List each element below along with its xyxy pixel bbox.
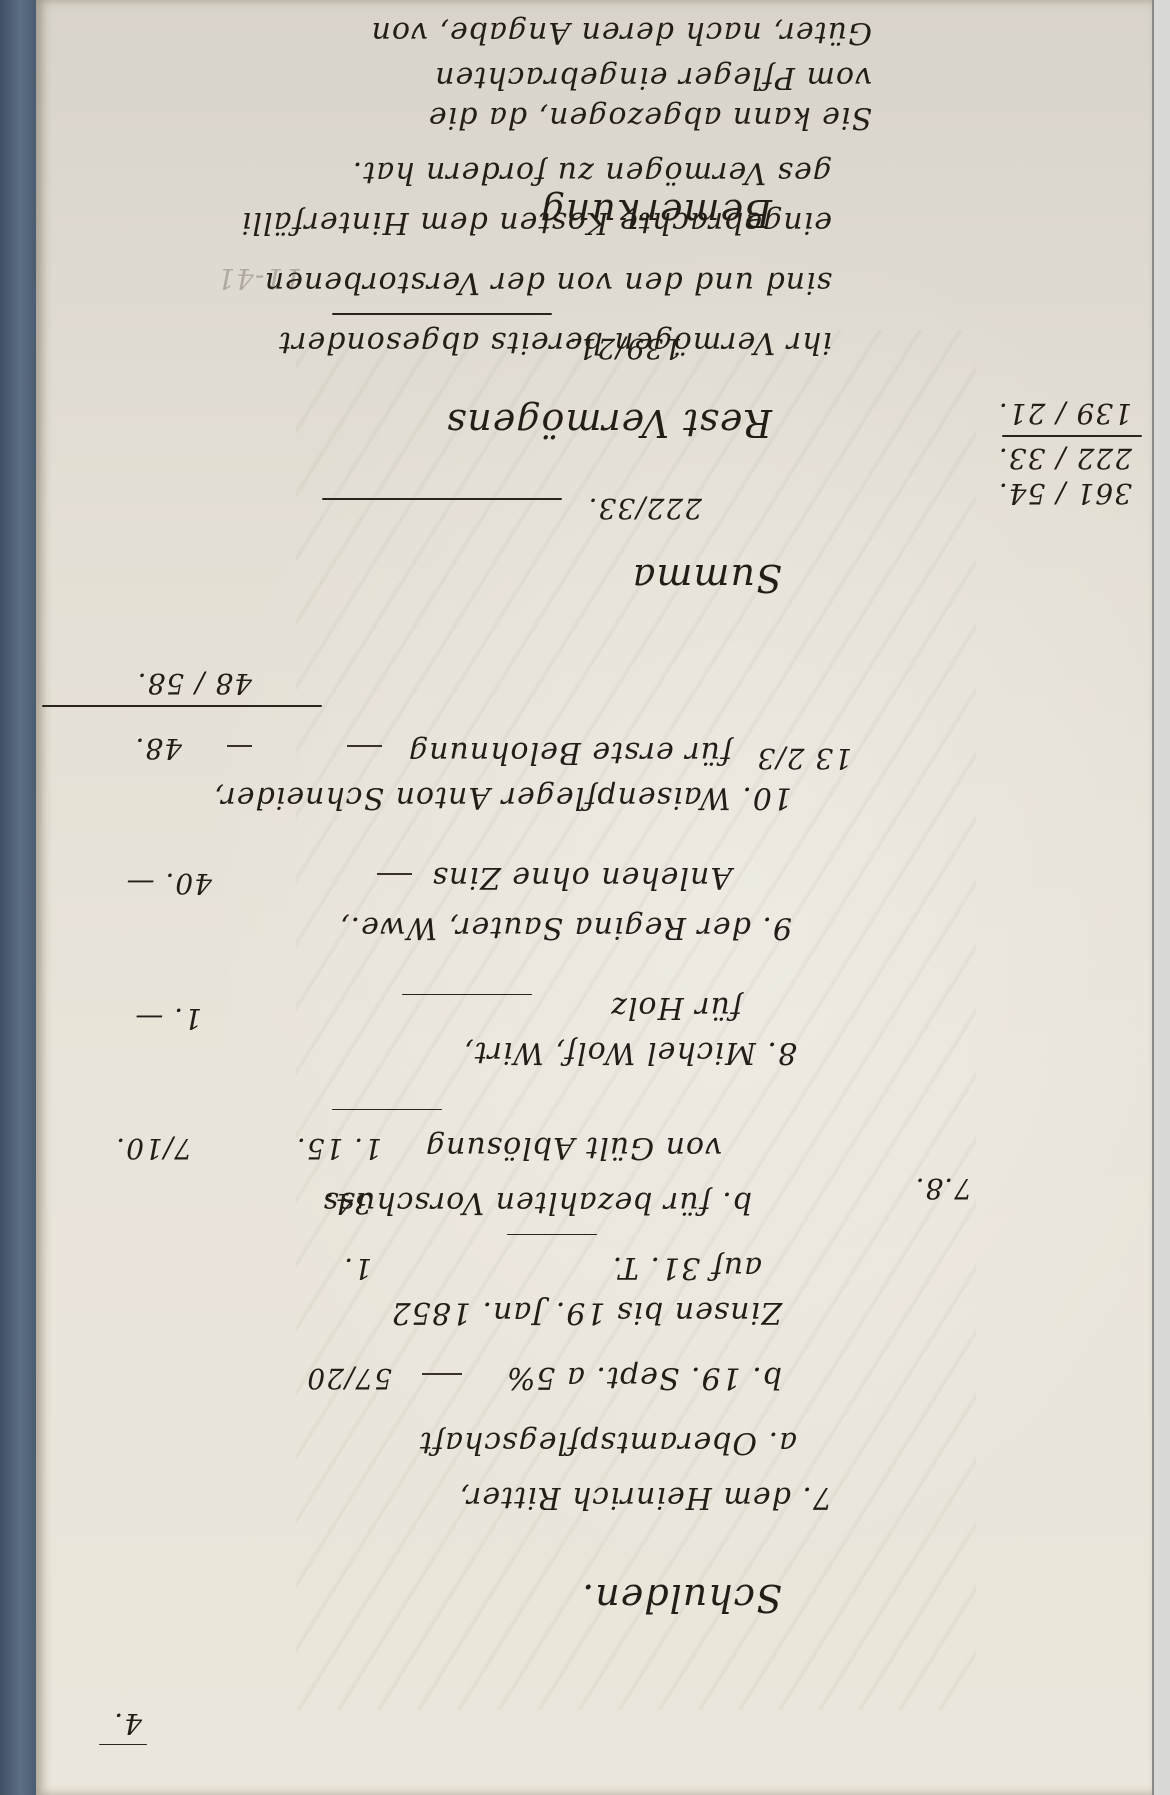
dash bbox=[347, 745, 382, 747]
entry-text: dem Heinrich Ritter, bbox=[459, 1480, 791, 1515]
entry-7-total: 7/10. bbox=[115, 1132, 192, 1165]
remark-line-5: sind und den von der Verstorbenen bbox=[264, 265, 832, 300]
entry-7-margin-note: 7.8. bbox=[915, 1172, 972, 1205]
entry-10-total: 48. bbox=[134, 732, 182, 765]
column-total-rule bbox=[42, 705, 322, 707]
entry-8-line-2: für Holz bbox=[610, 990, 742, 1025]
entry-7-line-2: a. Oberamtspflegschaft bbox=[419, 1425, 797, 1460]
entry-10-line-1: 10. Waisenpfleger Anton Schneider, bbox=[213, 780, 792, 815]
entry-7-line-3: b. 19. Sept. a 5% bbox=[506, 1360, 782, 1395]
remark-line-7: ges Vermögen zu fordern hat. bbox=[352, 155, 832, 190]
summa-label: Summa bbox=[632, 556, 782, 600]
page-number-overline bbox=[99, 1744, 147, 1745]
debts-heading: Schulden. bbox=[581, 1576, 782, 1620]
adjacent-page-edge bbox=[1152, 0, 1170, 1795]
entry-9-line-2: Anlehen ohne Zins bbox=[432, 860, 732, 895]
entry-text: der Regina Sauter, Wwe., bbox=[339, 910, 751, 945]
entry-7-amount-c: 34. bbox=[324, 1187, 372, 1220]
ledger-page: 4. Schulden. 7. dem Heinrich Ritter, a. … bbox=[36, 0, 1152, 1795]
entry-7-line-7: von Gült Ablösung bbox=[425, 1130, 722, 1165]
entry-7-amount-d: 1. 15. bbox=[296, 1132, 382, 1165]
calc-line-2: 222 / 33. bbox=[998, 442, 1132, 475]
entry-text: Waisenpfleger Anton Schneider, bbox=[213, 780, 731, 815]
entry-8-rule bbox=[402, 994, 532, 995]
entry-10-line-2: für erste Belohnung bbox=[408, 735, 732, 770]
dash bbox=[422, 1373, 462, 1375]
entry-7-line-5: auf 31. T. bbox=[612, 1250, 762, 1285]
summa-value: 222/33. bbox=[588, 492, 702, 525]
remark-line-4: ihr Vermögen bereits abgesondert bbox=[278, 325, 832, 360]
remarks-continued: ihr Vermögen bereits abgesondert sind un… bbox=[36, 0, 1152, 420]
entry-number: 8. bbox=[766, 1035, 797, 1070]
entry-number: 10. bbox=[741, 780, 792, 815]
entry-7-amount-b: 1. bbox=[343, 1252, 372, 1285]
entry-7-amount-a: 57/20 bbox=[306, 1362, 392, 1395]
entry-number: 7. bbox=[801, 1480, 832, 1515]
summa-rule bbox=[322, 498, 562, 500]
entry-10-margin-note: 13 2/3 bbox=[756, 742, 852, 775]
entry-7-rule bbox=[332, 1109, 442, 1110]
entry-9-total: 40. — bbox=[126, 867, 212, 900]
entry-8-total: 1. — bbox=[134, 1002, 202, 1035]
calc-rule bbox=[1002, 435, 1142, 437]
entry-9-line-1: 9. der Regina Sauter, Wwe., bbox=[339, 910, 792, 945]
subtotal-rule bbox=[507, 1234, 597, 1235]
entry-8-line-1: 8. Michel Wolf, Wirt, bbox=[463, 1035, 797, 1070]
calc-line-1: 361 / 54. bbox=[998, 477, 1132, 510]
entry-7-line-1: 7. dem Heinrich Ritter, bbox=[459, 1480, 832, 1515]
entry-number: 9. bbox=[761, 910, 792, 945]
remark-line-6: eingebrachte Kosten dem Hinterfälli bbox=[241, 205, 832, 240]
entry-text: Michel Wolf, Wirt, bbox=[463, 1035, 756, 1070]
entry-7-line-4: Zinsen bis 19. Jan. 1852 bbox=[391, 1295, 782, 1330]
entry-7-line-6: b. für bezahlten Vorschuss bbox=[322, 1185, 752, 1220]
dash bbox=[377, 873, 412, 875]
dash bbox=[227, 745, 252, 747]
debts-column-total: 48 / 58. bbox=[137, 667, 252, 700]
page-number: 4. bbox=[113, 1707, 142, 1740]
